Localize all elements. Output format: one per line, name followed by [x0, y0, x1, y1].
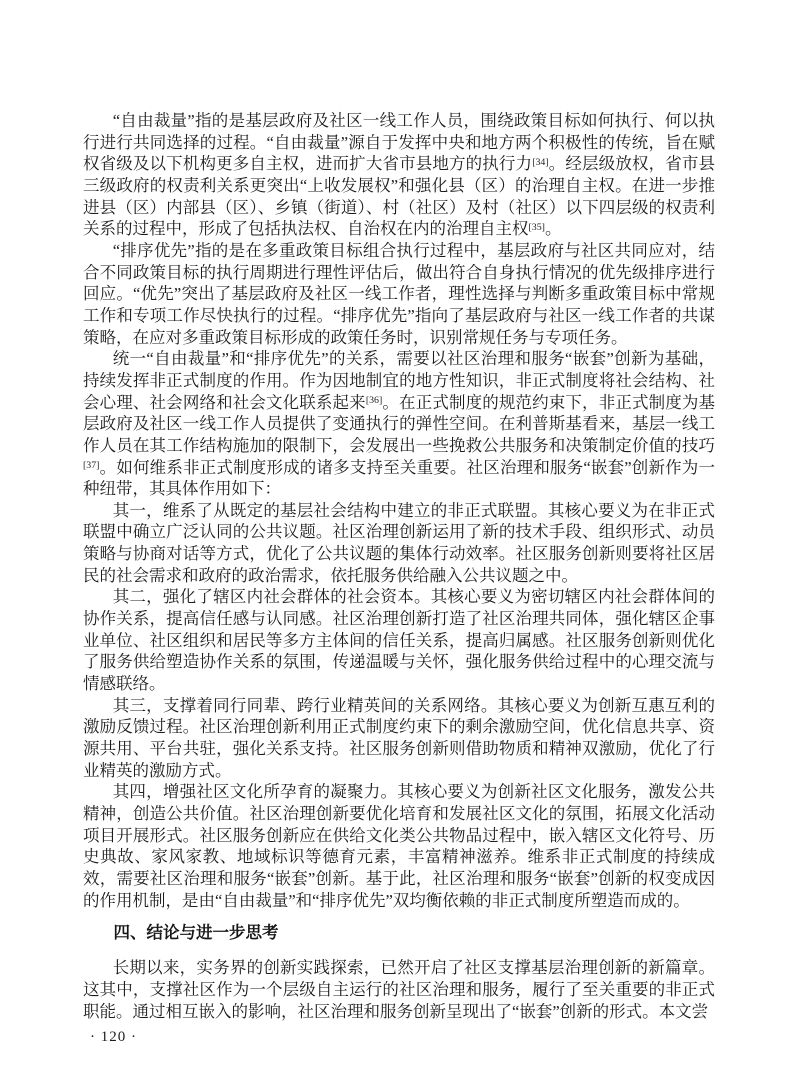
- section-heading: 四、结论与进一步思考: [83, 922, 715, 944]
- paragraph-4: 其一，维系了从既定的基层社会结构中建立的非正式联盟。其核心要义为在非正式联盟中确…: [83, 500, 715, 587]
- citation-ref: [36]: [366, 395, 382, 406]
- paragraph-1: “自由裁量”指的是基层政府及社区一线工作人员，围绕政策目标如何执行、何以执行进行…: [83, 110, 715, 240]
- document-body: “自由裁量”指的是基层政府及社区一线工作人员，围绕政策目标如何执行、何以执行进行…: [83, 110, 715, 1049]
- page-number: · 120 ·: [83, 1027, 715, 1049]
- citation-ref: [37]: [83, 460, 99, 471]
- paragraph-3: 统一“自由裁量”和“排序优先”的关系，需要以社区治理和服务“嵌套”创新为基础，持…: [83, 348, 715, 500]
- paper-page: “自由裁量”指的是基层政府及社区一线工作人员，围绕政策目标如何执行、何以执行进行…: [0, 0, 793, 1077]
- paragraph-6: 其三，支撑着同行同辈、跨行业精英间的关系网络。其核心要义为创新互惠互利的激励反馈…: [83, 695, 715, 782]
- paragraph-7: 其四，增强社区文化所孕育的凝聚力。其核心要义为创新社区文化服务，激发公共精神，创…: [83, 781, 715, 911]
- paragraph-5: 其二，强化了辖区内社会群体的社会资本。其核心要义为密切辖区内社会群体间的协作关系…: [83, 586, 715, 694]
- citation-ref: [34]: [532, 157, 548, 168]
- citation-ref: [35]: [529, 222, 545, 233]
- paragraph-9: 长期以来，实务界的创新实践探索，已然开启了社区支撑基层治理创新的新篇章。这其中，…: [83, 957, 715, 1022]
- paragraph-2: “排序优先”指的是在多重政策目标组合执行过程中，基层政府与社区共同应对，结合不同…: [83, 240, 715, 348]
